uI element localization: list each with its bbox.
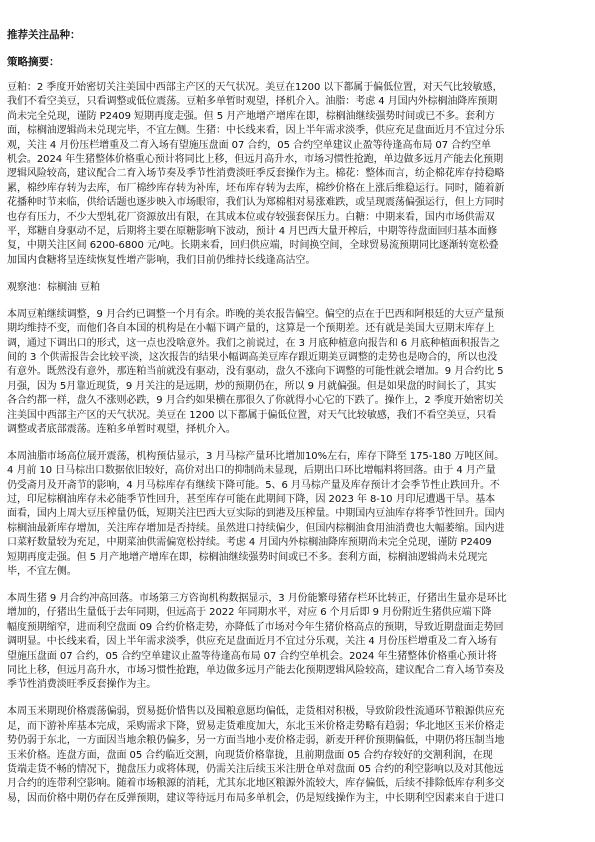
text-line: 观，关注 4 月份压栏增重及二育入场有望施压盘面 07 合约，05 合约空单建议… <box>7 139 589 153</box>
text-line: 期均维持不变，而他们各自本国的机构是在小幅下调产量的，这算是一个预期差。还有就是… <box>7 322 589 336</box>
text-line: 也存有压力，不少大型轧花厂资源放出有限，在其成本位或存较强套保压力。白糖：中期来… <box>7 211 589 225</box>
text-line: 势仍弱于东北，一方面因当地余粮仍偏多，另一方面当地小麦价格走弱，新麦开秤价预期偏… <box>7 734 589 748</box>
soymeal-paragraph: 本周豆粕继续调整，9 月合约已调整一个月有余。昨晚的美农报告偏空。偏空的点在于巴… <box>7 308 589 438</box>
text-line: 短期再度走强。但 5 月产地增产增库在即，棕榈油继续强势时间或已不多。套利方面，… <box>7 551 589 565</box>
text-line: 我们不看空美豆，只看调整或低位震荡。豆粕多单暂时观望，择机介入。油脂：考虑 4 … <box>7 95 589 109</box>
hogs-paragraph: 本周生猪 9 月合约冲高回落。市场第三方咨询机构数据显示，3 月份能繁母猪存栏环… <box>7 592 589 693</box>
text-line: 本周生猪 9 月合约冲高回落。市场第三方咨询机构数据显示，3 月份能繁母猪存栏环… <box>7 592 589 606</box>
strategy-summary-paragraph: 豆粕：2 季度开始密切关注美国中西部主产区的天气状况。美豆在1200 以下都属于… <box>7 81 589 268</box>
text-line: 望施压盘面 07 合约，05 合约空单建议止盈等待逢高布局 07 合约空单机会。… <box>7 650 589 664</box>
watch-pool: 观察池：棕榈油 豆粕 <box>7 281 589 295</box>
text-line: 过，印尼棕榈油库存未必能季节性回升，甚至库存可能在此期间下降，因 2023 年 … <box>7 493 589 507</box>
text-line: 间的 3 个供需报告会比较平淡，这次报告的结果小幅调高美豆库存跟近期美豆调整的走… <box>7 351 589 365</box>
text-line: 季节性消费淡旺季反套操作为主。 <box>7 678 589 692</box>
strategy-report-page: 推荐关注品种： 策略摘要： 豆粕：2 季度开始密切关注美国中西部主产区的天气状况… <box>7 28 589 819</box>
text-line: 玉米价格。连盘方面，盘面 05 合约临近交割，向现货价格靠拢，且前期盘面 05 … <box>7 749 589 763</box>
text-line: 本周玉米期现价格震荡偏弱，贸易挺价惜售以及囤粮意愿均偏低，走货相对积极，导致阶段… <box>7 705 589 719</box>
text-line: 货端走货不畅的情况下，抛盘压力或将体现，仍需关注后续玉米注册仓单对盘面 05 合… <box>7 763 589 777</box>
corn-paragraph: 本周玉米期现价格震荡偏弱，贸易挺价惜售以及囤粮意愿均偏低，走货相对积极，导致阶段… <box>7 705 589 806</box>
text-line: 口菜籽数量较为充足，中期菜油供需偏宽松持续。考虑 4 月国内外棕榈油降库预期尚未… <box>7 536 589 550</box>
text-line: 调整或者底部震荡。连粕多单暂时观望，择机介入。 <box>7 423 589 437</box>
oils-paragraph: 本周油脂市场高位展开震荡，机构预估显示，3 月马棕产量环比增加10%左右，库存下… <box>7 450 589 580</box>
text-line: 本周豆粕继续调整，9 月合约已调整一个月有余。昨晚的美农报告偏空。偏空的点在于巴… <box>7 308 589 322</box>
text-line: 本周油脂市场高位展开震荡，机构预估显示，3 月马棕产量环比增加10%左右，库存下… <box>7 450 589 464</box>
text-line: 调明显。中长线来看，因上半年需求淡季，供应充足盘面近月不宜过分乐观，关注 4 月… <box>7 635 589 649</box>
text-line: 花播种时节来临，供给话题也逐步映入市场眼帘，我们认为郑棉相对易涨难跌，或呈现震荡… <box>7 196 589 210</box>
text-line: 调，通过下调出口的形式，这一点也没啥意外。我们之前说过，在 3 月底种植意向报告… <box>7 337 589 351</box>
text-line: 尚未完全兑现，谨防 P2409 短期再度走强。但 5 月产地增产增库在即，棕榈油… <box>7 110 589 124</box>
recommended-varieties-heading: 推荐关注品种： <box>7 28 589 42</box>
text-line: 棕榈油最新库存增加，关注库存增加是否持续。虽然进口持续偏少，但国内棕榈油食用油消… <box>7 522 589 536</box>
text-line: 面，棕榈油逻辑尚未兑现完毕，不宜左侧。生猪：中长线来看，因上半年需求淡季，供应充… <box>7 124 589 138</box>
text-line: 同比上移，但远月高升水，市场习惯性抢跑，单边做多远月产能去化预期逻辑风险较高，建… <box>7 664 589 678</box>
text-line: 加国内食糖将呈连续恢复性增产影响，我们目前仍维持长线逢高沽空。 <box>7 254 589 268</box>
text-line: 有意外。既然没有意外，那连粕当前就没有驱动，没有驱动，盘久不涨向下调整的可能性就… <box>7 365 589 379</box>
text-line: 易，因而价格中期仍存在反弹预期，建议等待远月布局多单机会，仍是短线操作为主，中长… <box>7 792 589 806</box>
text-line: 增加的，仔猪出生量低于去年同期，但远高于 2022 年同期水平，对应 6 个月后… <box>7 606 589 620</box>
text-line: 面看，国内上周大豆压榨量仍低，短期关注巴西大豆实际的到港及压榨量。中期国内豆油库… <box>7 507 589 521</box>
text-line: 机会。2024 年生猪整体价格重心预计将同比上移，但远月高升水，市场习惯性抢跑，… <box>7 153 589 167</box>
text-line: 幅度预期缩窄，进而利空盘面 09 合约价格走势，亦降低了市场对今年生猪价格高点的… <box>7 621 589 635</box>
strategy-summary-heading: 策略摘要： <box>7 55 589 69</box>
text-line: 平，郑糖自身驱动不足，后期将主要在原糖影响下波动，预计 4 月巴西大量开榨后，中… <box>7 225 589 239</box>
text-line: 复，中期关注区间 6200-6800 元/吨。长期来看，回归供应端，时间换空间，… <box>7 239 589 253</box>
text-line: 足，而下游补库基本完成，采购需求下降，贸易走货难度加大，东北玉米价格走势略有趋弱… <box>7 720 589 734</box>
text-line: 各合约都一样，盘久不涨则必跌，9 月合约如果横在那很久了你就得小心它的下跌了。操… <box>7 394 589 408</box>
text-line: 累，棉纱库存转为去库，布厂棉纱库存转为补库，坯布库存转为去库，棉纱价格在上涨后维… <box>7 182 589 196</box>
text-line: 月强，因为 5月靠近现货，9 月关注的是远期，炒的预期仍在，所以 9 月就偏强。… <box>7 380 589 394</box>
text-line: 毕，不宜左侧。 <box>7 565 589 579</box>
text-line: 月合约的连带利空影响。随着市场粮源的消耗，尤其东北地区粮源外流较大，库存偏低，后… <box>7 777 589 791</box>
text-line: 仍受斋月及开斋节的影响，4 月马棕库存有继续下降可能。5、6 月马棕产量及库存预… <box>7 479 589 493</box>
text-line: 逻辑风险较高，建议配合二育入场节奏及季节性消费淡旺季反套操作为主。棉花：整体而言… <box>7 167 589 181</box>
text-line: 注美国中西部主产区的天气状况。美豆在 1200 以下都属于偏低位置，对天气比较敏… <box>7 409 589 423</box>
text-line: 豆粕：2 季度开始密切关注美国中西部主产区的天气状况。美豆在1200 以下都属于… <box>7 81 589 95</box>
text-line: 4 月前 10 日马棕出口数据依旧较好，高价对出口的抑制尚未显现，后期出口环比增… <box>7 464 589 478</box>
